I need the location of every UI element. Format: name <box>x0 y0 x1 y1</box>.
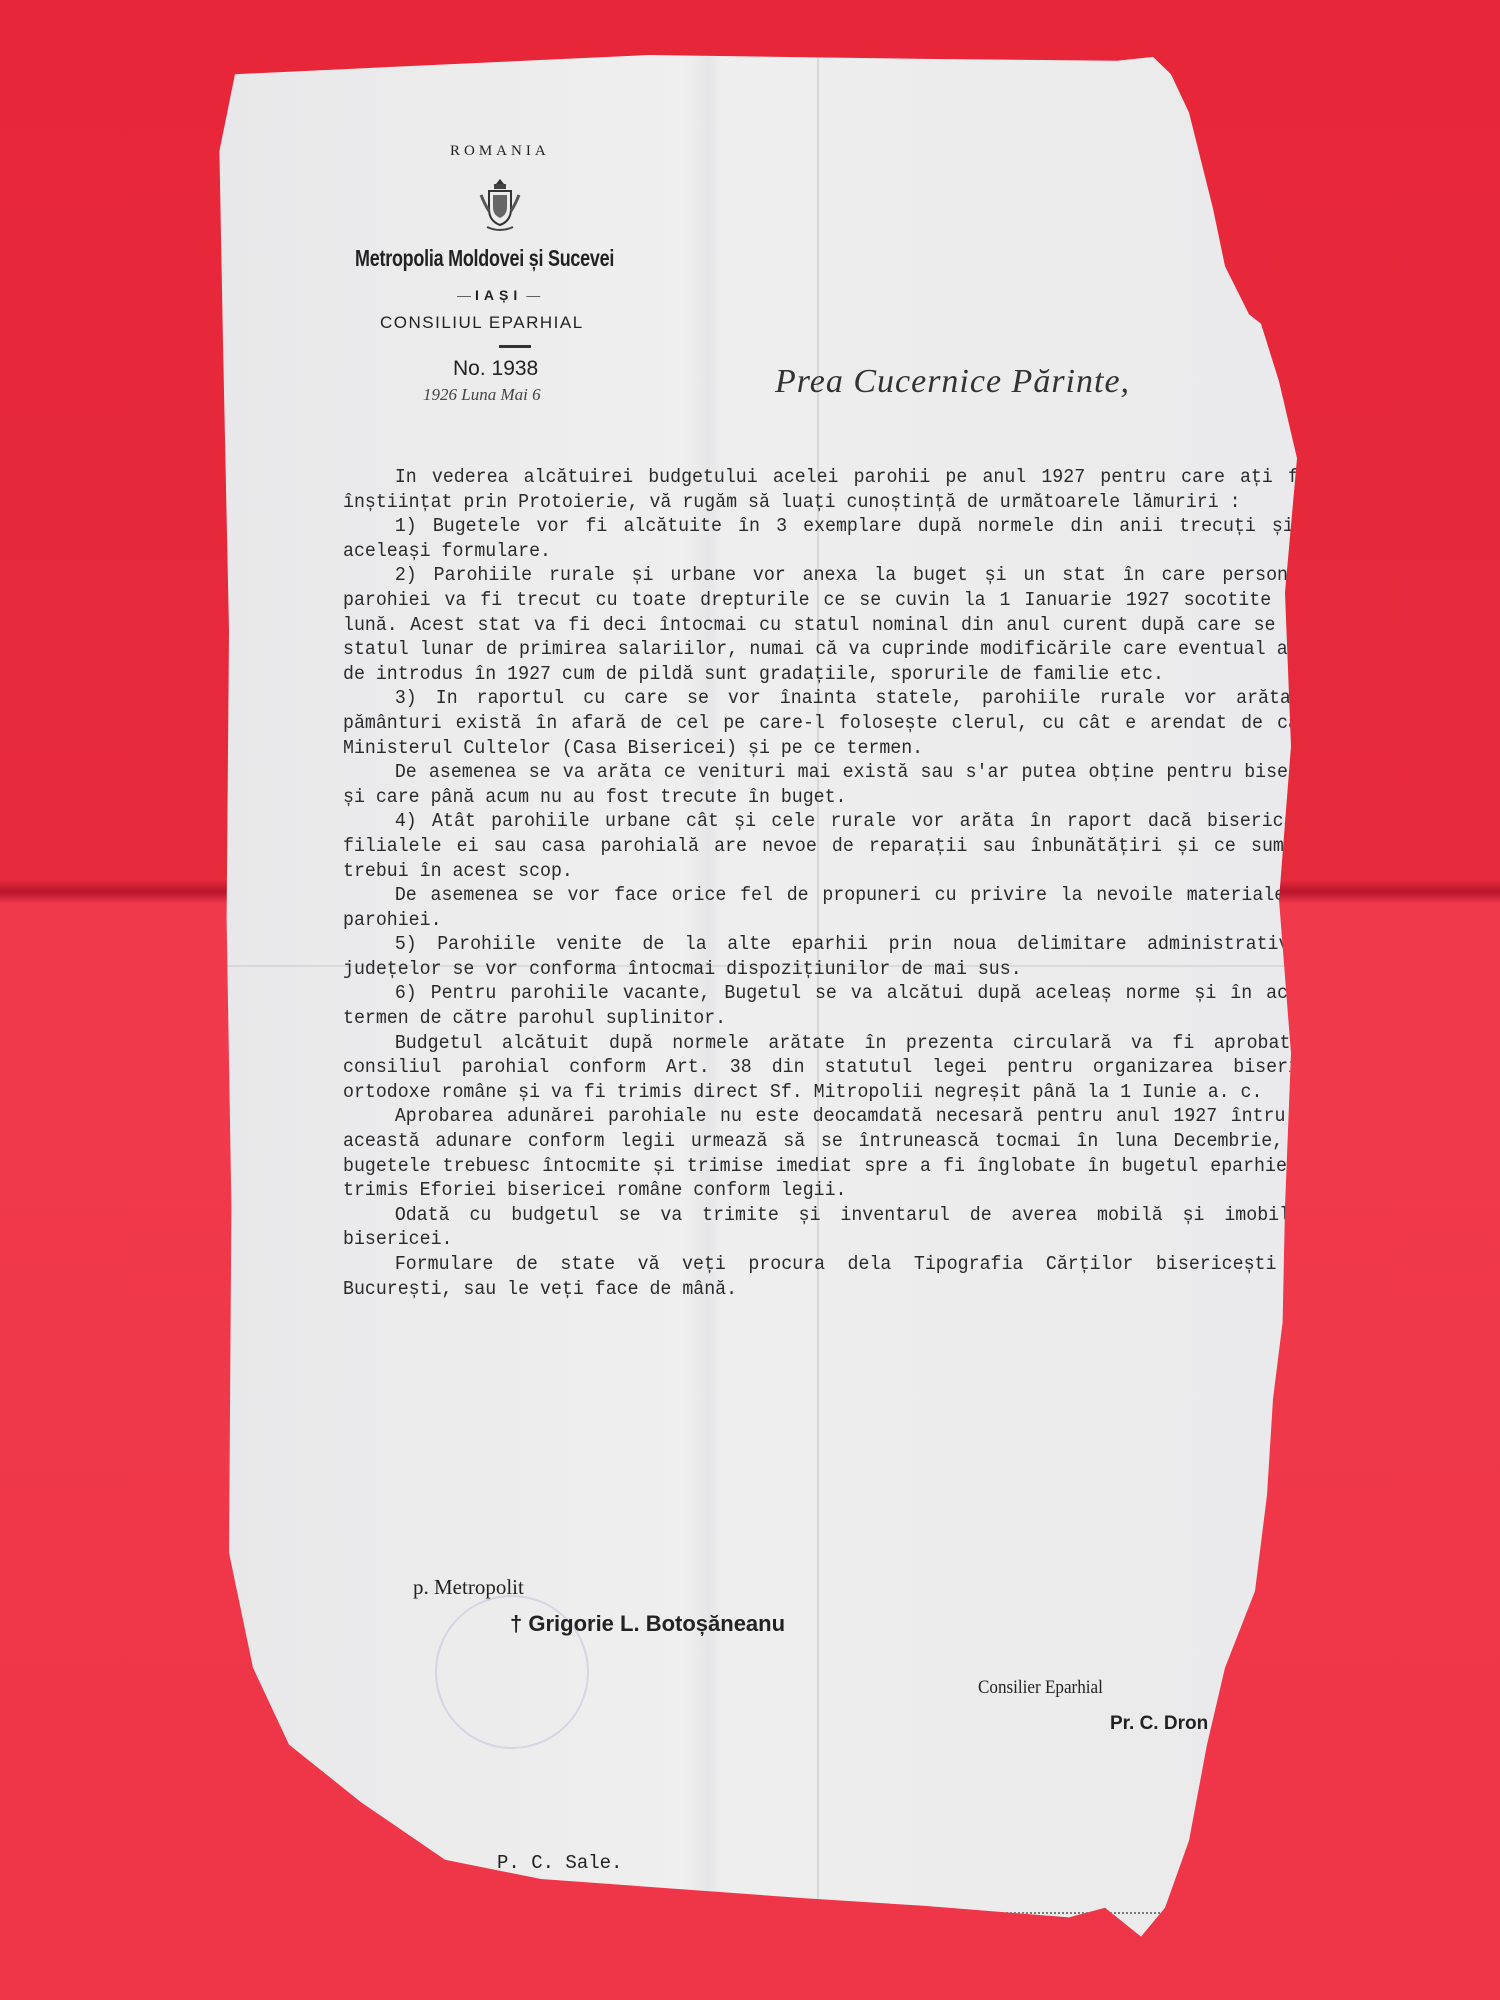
document-date: 1926 Luna Mai 6 <box>423 385 541 405</box>
body-paragraph: 1) Bugetele vor fi alcătuite în 3 exempl… <box>343 514 1332 563</box>
counselor-title: Consilier Eparhial <box>978 1677 1103 1699</box>
body-paragraph: 2) Parohiile rurale și urbane vor anexa … <box>343 563 1332 686</box>
body-paragraph: In vederea alcătuirei budgetului acelei … <box>343 465 1332 514</box>
department-name: CONSILIUL EPARHIAL <box>380 313 584 333</box>
letterhead-divider <box>499 345 531 348</box>
body-paragraph: Budgetul alcătuit după normele arătate î… <box>343 1031 1332 1105</box>
commune-label: Comuna <box>773 1939 841 1961</box>
commune-field <box>870 1955 1055 1957</box>
letterhead-country: ROMANIA <box>450 143 550 160</box>
body-paragraph: 5) Parohiile venite de la alte eparhii p… <box>343 932 1332 981</box>
salutation: Prea Cucernice Părinte, <box>775 363 1130 401</box>
organization-city: IAȘI <box>453 287 544 303</box>
counselor-name: Pr. C. Dron <box>1110 1713 1208 1735</box>
signature-prefix: p. Metropolit <box>413 1575 524 1600</box>
body-paragraph: De asemenea se vor face orice fel de pro… <box>343 883 1332 932</box>
letter-body: In vederea alcătuirei budgetului acelei … <box>343 465 1332 1301</box>
coat-of-arms-icon <box>477 177 523 233</box>
body-paragraph: 4) Atât parohiile urbane cât și cele rur… <box>343 809 1332 883</box>
body-paragraph: 3) In raportul cu care se vor înainta st… <box>343 686 1332 760</box>
document-sheet: ROMANIA Metropolia Moldovei și Sucevei I… <box>205 55 1405 1975</box>
recipient-label: Parohului Parohiei <box>415 1895 620 1917</box>
body-paragraph: Aprobarea adunărei parohiale nu este deo… <box>343 1104 1332 1202</box>
organization-name: Metropolia Moldovei și Sucevei <box>355 245 614 272</box>
body-paragraph: De asemenea se va arăta ce venituri mai … <box>343 760 1332 809</box>
body-paragraph: 6) Pentru parohiile vacante, Bugetul se … <box>343 981 1332 1030</box>
signature-name: † Grigorie L. Botoșăneanu <box>510 1611 785 1637</box>
address-honorific: P. C. Sale. <box>497 1852 622 1874</box>
registration-number: No. 1938 <box>453 357 538 381</box>
body-paragraph: Formulare de state vă veți procura dela … <box>343 1252 1332 1301</box>
recipient-field <box>695 1912 1215 1914</box>
body-paragraph: Odată cu budgetul se va trimite și inven… <box>343 1203 1332 1252</box>
county-label: Județul <box>1060 1939 1140 1961</box>
